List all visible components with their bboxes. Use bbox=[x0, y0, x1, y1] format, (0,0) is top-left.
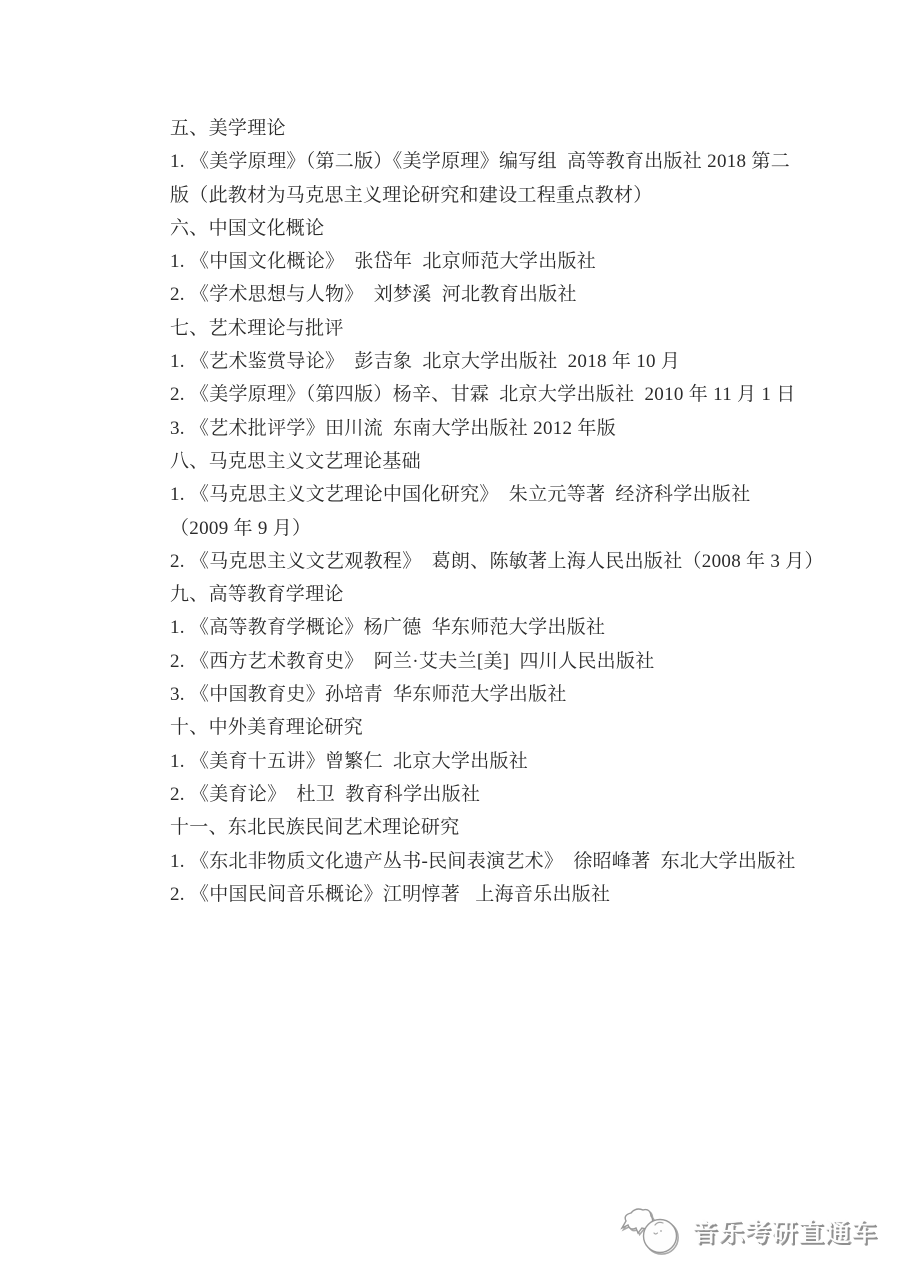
watermark-text: 音乐考研直通车 bbox=[692, 1213, 878, 1249]
list-item: 1. 《马克思主义文艺理论中国化研究》 朱立元等著 经济科学出版社 bbox=[170, 478, 824, 511]
list-item: 2. 《学术思想与人物》 刘梦溪 河北教育出版社 bbox=[170, 278, 824, 311]
mascot-logo-icon bbox=[619, 1205, 683, 1257]
section-heading: 八、马克思主义文艺理论基础 bbox=[170, 445, 824, 478]
document-page: 五、美学理论 1. 《美学原理》（第二版）《美学原理》编写组 高等教育出版社 2… bbox=[0, 0, 900, 1273]
list-item: 3. 《中国教育史》孙培青 华东师范大学出版社 bbox=[170, 678, 824, 711]
list-item-continued: 版（此教材为马克思主义理论研究和建设工程重点教材） bbox=[170, 179, 824, 212]
list-item: 3. 《艺术批评学》田川流 东南大学出版社 2012 年版 bbox=[170, 412, 824, 445]
list-item: 1. 《美育十五讲》曾繁仁 北京大学出版社 bbox=[170, 745, 824, 778]
section-heading: 五、美学理论 bbox=[170, 112, 824, 145]
list-item: 2. 《中国民间音乐概论》江明惇著 上海音乐出版社 bbox=[170, 878, 824, 911]
watermark: 音乐考研直通车 bbox=[619, 1205, 878, 1257]
list-item: 1. 《艺术鉴赏导论》 彭吉象 北京大学出版社 2018 年 10 月 bbox=[170, 345, 824, 378]
list-item: 2. 《西方艺术教育史》 阿兰·艾夫兰[美] 四川人民出版社 bbox=[170, 645, 824, 678]
list-item: 2. 《马克思主义文艺观教程》 葛朗、陈敏著上海人民出版社（2008 年 3 月… bbox=[170, 545, 824, 578]
list-item-continued: （2009 年 9 月） bbox=[170, 512, 824, 545]
section-heading: 七、艺术理论与批评 bbox=[170, 312, 824, 345]
list-item: 1. 《东北非物质文化遗产丛书-民间表演艺术》 徐昭峰著 东北大学出版社 bbox=[170, 845, 824, 878]
section-heading: 九、高等教育学理论 bbox=[170, 578, 824, 611]
reading-list: 五、美学理论 1. 《美学原理》（第二版）《美学原理》编写组 高等教育出版社 2… bbox=[170, 112, 824, 911]
section-heading: 六、中国文化概论 bbox=[170, 212, 824, 245]
list-item: 2. 《美育论》 杜卫 教育科学出版社 bbox=[170, 778, 824, 811]
list-item: 1. 《中国文化概论》 张岱年 北京师范大学出版社 bbox=[170, 245, 824, 278]
section-heading: 十一、东北民族民间艺术理论研究 bbox=[170, 811, 824, 844]
section-heading: 十、中外美育理论研究 bbox=[170, 711, 824, 744]
list-item: 1. 《美学原理》（第二版）《美学原理》编写组 高等教育出版社 2018 第二 bbox=[170, 145, 824, 178]
list-item: 2. 《美学原理》（第四版）杨辛、甘霖 北京大学出版社 2010 年 11 月 … bbox=[170, 378, 824, 411]
list-item: 1. 《高等教育学概论》杨广德 华东师范大学出版社 bbox=[170, 611, 824, 644]
